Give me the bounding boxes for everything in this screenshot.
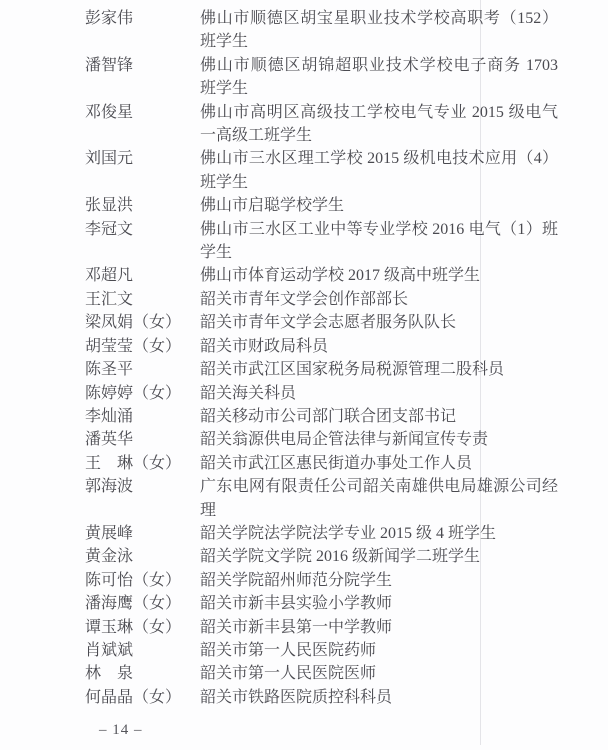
list-item: 李冠文佛山市三水区工业中等专业学校 2016 电气（1）班学生 (85, 218, 560, 265)
person-role: 韶关学院文学院 2016 级新闻学二班学生 (200, 545, 558, 568)
page-number: – 14 – (99, 722, 143, 739)
person-role: 韶关翁源供电局企管法律与新闻宣传专责 (200, 428, 558, 451)
person-role: 韶关市青年文学会志愿者服务队队长 (200, 311, 558, 334)
person-role: 佛山市启聪学校学生 (200, 194, 558, 217)
person-role: 韶关学院法学院法学专业 2015 级 4 班学生 (200, 522, 558, 545)
list-item: 陈婷婷（女）韶关海关科员 (85, 382, 560, 405)
person-name: 陈圣平 (85, 358, 200, 381)
list-item: 郭海波广东电网有限责任公司韶关南雄供电局雄源公司经理 (85, 475, 560, 522)
person-name: 潘智锋 (85, 54, 200, 77)
list-item: 黄金泳韶关学院文学院 2016 级新闻学二班学生 (85, 545, 560, 568)
person-name: 黄金泳 (85, 545, 200, 568)
person-role: 韶关市第一人民医院药师 (200, 639, 558, 662)
person-name: 何晶晶（女） (85, 686, 200, 709)
person-name: 彭家伟 (85, 7, 200, 30)
person-name: 王 琳（女） (85, 452, 200, 475)
list-item: 王 琳（女）韶关市武江区惠民街道办事处工作人员 (85, 452, 560, 475)
list-item: 陈圣平韶关市武江区国家税务局税源管理二股科员 (85, 358, 560, 381)
list-item: 王汇文韶关市青年文学会创作部部长 (85, 288, 560, 311)
person-role: 韶关市财政局科员 (200, 335, 558, 358)
person-role: 韶关移动市公司部门联合团支部书记 (200, 405, 558, 428)
person-name: 陈婷婷（女） (85, 382, 200, 405)
list-item: 李灿涌韶关移动市公司部门联合团支部书记 (85, 405, 560, 428)
list-item: 谭玉琳（女）韶关市新丰县第一中学教师 (85, 616, 560, 639)
person-role: 佛山市三水区工业中等专业学校 2016 电气（1）班学生 (200, 218, 558, 265)
person-role: 佛山市顺德区胡锦超职业技术学校电子商务 1703 班学生 (200, 54, 558, 101)
person-role: 韶关市第一人民医院医师 (200, 662, 558, 685)
person-name: 李灿涌 (85, 405, 200, 428)
person-role: 韶关市武江区惠民街道办事处工作人员 (200, 452, 558, 475)
list-item: 梁凤娟（女）韶关市青年文学会志愿者服务队队长 (85, 311, 560, 334)
list-item: 何晶晶（女）韶关市铁路医院质控科科员 (85, 686, 560, 709)
person-role: 佛山市体育运动学校 2017 级高中班学生 (200, 264, 558, 287)
list-item: 彭家伟佛山市顺德区胡宝星职业技术学校高职考（152）班学生 (85, 7, 560, 54)
document-page: 彭家伟佛山市顺德区胡宝星职业技术学校高职考（152）班学生潘智锋佛山市顺德区胡锦… (0, 0, 608, 750)
person-role: 韶关学院韶州师范分院学生 (200, 569, 558, 592)
person-role: 韶关市青年文学会创作部部长 (200, 288, 558, 311)
list-item: 潘海鹰（女）韶关市新丰县实验小学教师 (85, 592, 560, 615)
person-role: 韶关市新丰县第一中学教师 (200, 616, 558, 639)
person-role: 韶关市铁路医院质控科科员 (200, 686, 558, 709)
person-role: 韶关海关科员 (200, 382, 558, 405)
person-role: 佛山市三水区理工学校 2015 级机电技术应用（4）班学生 (200, 147, 558, 194)
person-name: 梁凤娟（女） (85, 311, 200, 334)
list-item: 林 泉韶关市第一人民医院医师 (85, 662, 560, 685)
person-name: 胡莹莹（女） (85, 335, 200, 358)
person-name: 陈可怡（女） (85, 569, 200, 592)
person-name: 郭海波 (85, 475, 200, 498)
list-item: 陈可怡（女）韶关学院韶州师范分院学生 (85, 569, 560, 592)
person-name: 谭玉琳（女） (85, 616, 200, 639)
person-name: 肖斌斌 (85, 639, 200, 662)
list-item: 张显洪佛山市启聪学校学生 (85, 194, 560, 217)
person-role: 佛山市顺德区胡宝星职业技术学校高职考（152）班学生 (200, 7, 558, 54)
person-name: 刘国元 (85, 147, 200, 170)
person-name: 潘英华 (85, 428, 200, 451)
person-role: 广东电网有限责任公司韶关南雄供电局雄源公司经理 (200, 475, 558, 522)
list-item: 刘国元佛山市三水区理工学校 2015 级机电技术应用（4）班学生 (85, 147, 560, 194)
person-name: 黄展峰 (85, 522, 200, 545)
person-name: 邓俊星 (85, 101, 200, 124)
list-item: 黄展峰韶关学院法学院法学专业 2015 级 4 班学生 (85, 522, 560, 545)
person-name: 王汇文 (85, 288, 200, 311)
awardee-list: 彭家伟佛山市顺德区胡宝星职业技术学校高职考（152）班学生潘智锋佛山市顺德区胡锦… (85, 7, 560, 709)
list-item: 肖斌斌韶关市第一人民医院药师 (85, 639, 560, 662)
person-name: 邓超凡 (85, 264, 200, 287)
person-name: 李冠文 (85, 218, 200, 241)
person-name: 潘海鹰（女） (85, 592, 200, 615)
person-role: 韶关市新丰县实验小学教师 (200, 592, 558, 615)
list-item: 潘英华韶关翁源供电局企管法律与新闻宣传专责 (85, 428, 560, 451)
list-item: 邓超凡佛山市体育运动学校 2017 级高中班学生 (85, 264, 560, 287)
person-name: 张显洪 (85, 194, 200, 217)
list-item: 胡莹莹（女）韶关市财政局科员 (85, 335, 560, 358)
list-item: 潘智锋佛山市顺德区胡锦超职业技术学校电子商务 1703 班学生 (85, 54, 560, 101)
person-name: 林 泉 (85, 662, 200, 685)
person-role: 佛山市高明区高级技工学校电气专业 2015 级电气一高级工班学生 (200, 101, 558, 148)
list-item: 邓俊星佛山市高明区高级技工学校电气专业 2015 级电气一高级工班学生 (85, 101, 560, 148)
person-role: 韶关市武江区国家税务局税源管理二股科员 (200, 358, 558, 381)
